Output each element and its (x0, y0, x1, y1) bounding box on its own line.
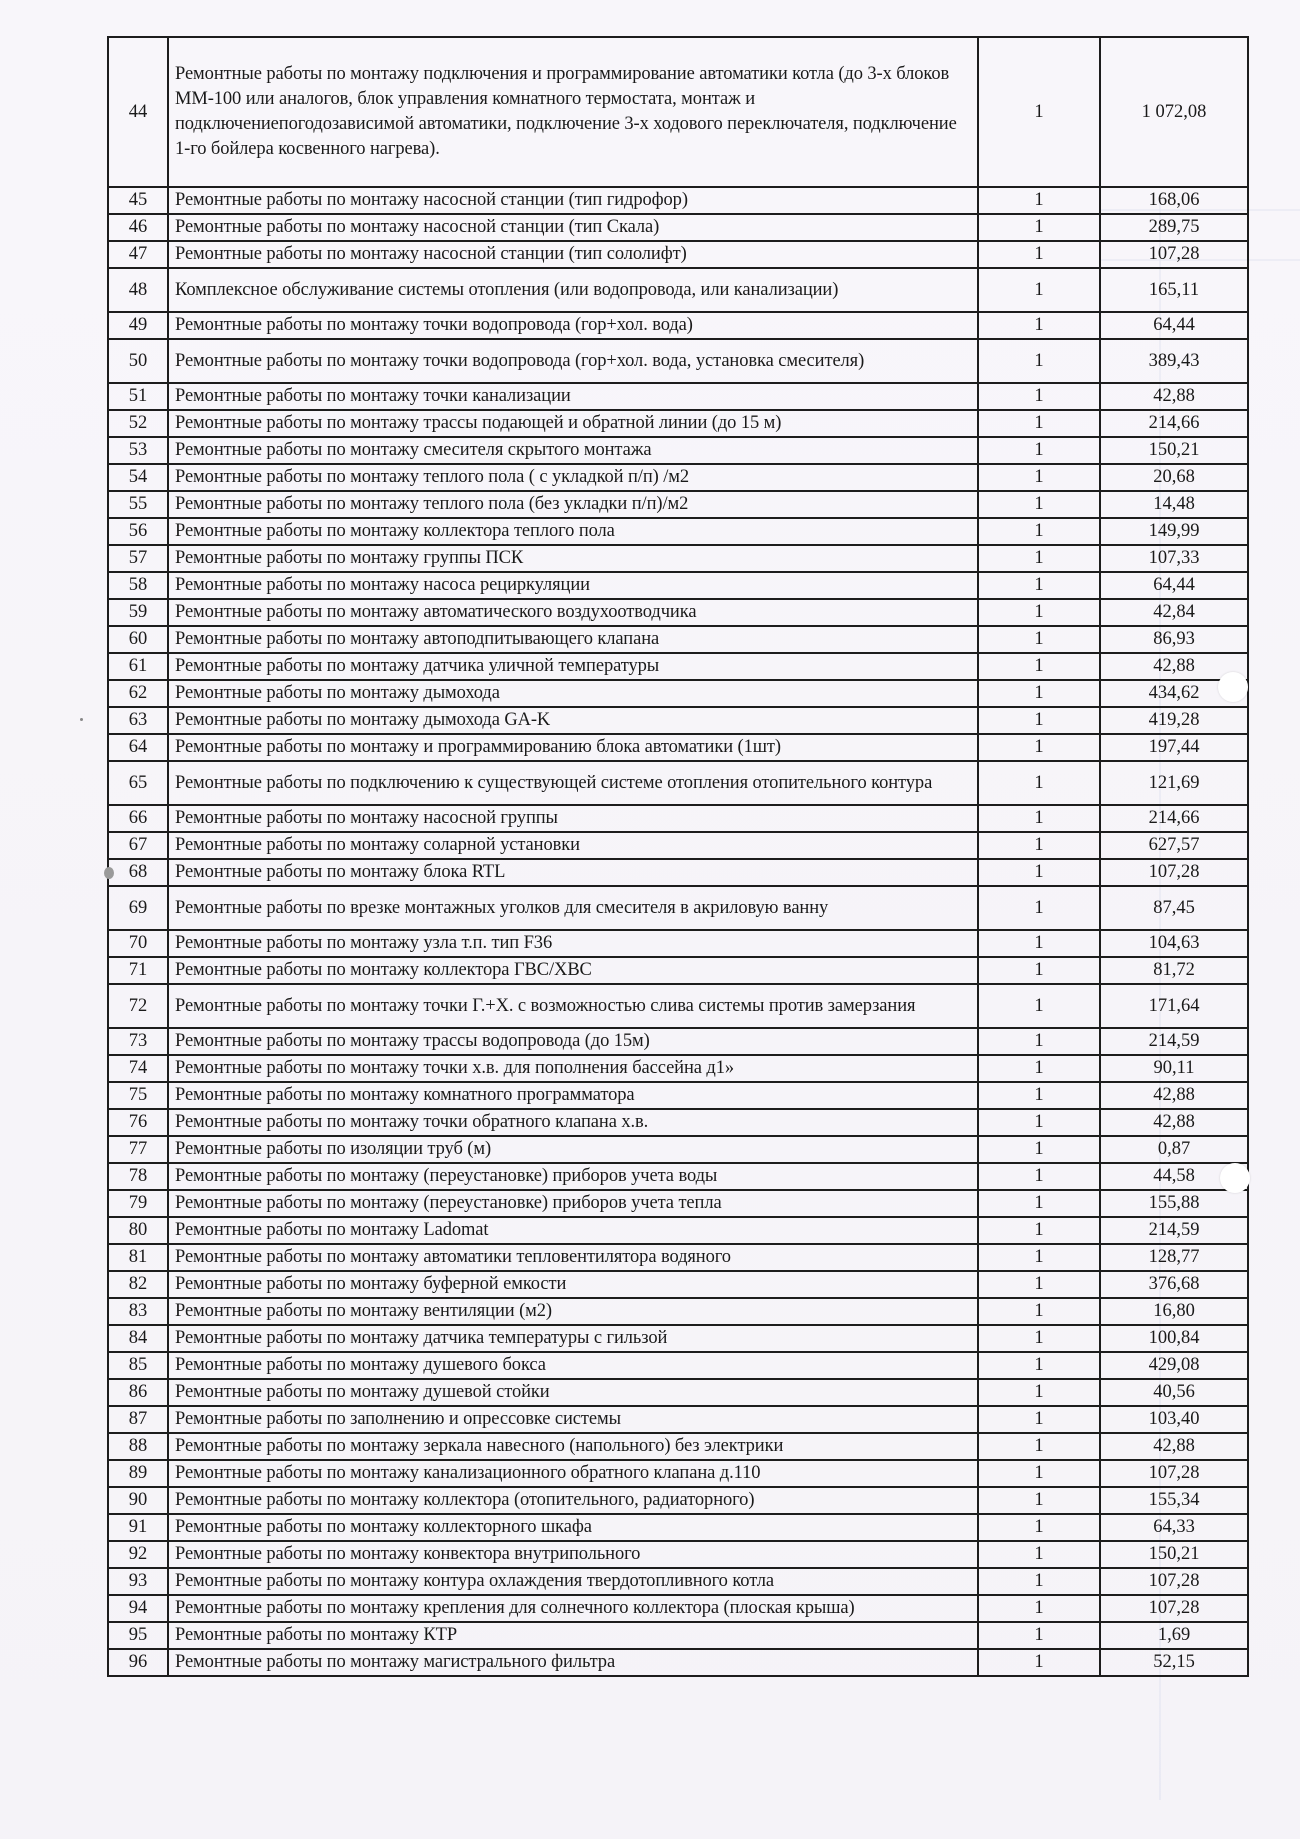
row-number: 73 (108, 1028, 168, 1055)
table-row: 65Ремонтные работы по подключению к суще… (108, 761, 1248, 805)
row-number: 66 (108, 805, 168, 832)
table-row: 54Ремонтные работы по монтажу теплого по… (108, 464, 1248, 491)
row-number: 69 (108, 886, 168, 930)
table-row: 49Ремонтные работы по монтажу точки водо… (108, 312, 1248, 339)
row-number: 89 (108, 1460, 168, 1487)
quantity: 1 (978, 1406, 1100, 1433)
row-number: 91 (108, 1514, 168, 1541)
row-number: 56 (108, 518, 168, 545)
quantity: 1 (978, 410, 1100, 437)
work-description: Ремонтные работы по монтажу датчика темп… (168, 1325, 978, 1352)
quantity: 1 (978, 464, 1100, 491)
price-value: 16,80 (1100, 1298, 1248, 1325)
work-description: Ремонтные работы по монтажу насосной гру… (168, 805, 978, 832)
row-number: 88 (108, 1433, 168, 1460)
quantity: 1 (978, 1271, 1100, 1298)
work-description: Ремонтные работы по монтажу насоса рецир… (168, 572, 978, 599)
work-description: Комплексное обслуживание системы отоплен… (168, 268, 978, 312)
table-row: 89Ремонтные работы по монтажу канализаци… (108, 1460, 1248, 1487)
quantity: 1 (978, 187, 1100, 214)
table-row: 79Ремонтные работы по монтажу (переустан… (108, 1190, 1248, 1217)
table-row: 53Ремонтные работы по монтажу смесителя … (108, 437, 1248, 464)
price-value: 627,57 (1100, 832, 1248, 859)
quantity: 1 (978, 1541, 1100, 1568)
work-description: Ремонтные работы по монтажу смесителя ск… (168, 437, 978, 464)
work-description: Ремонтные работы по монтажу душевого бок… (168, 1352, 978, 1379)
quantity: 1 (978, 518, 1100, 545)
price-table: 44Ремонтные работы по монтажу подключени… (107, 36, 1249, 1677)
quantity: 1 (978, 339, 1100, 383)
price-value: 107,28 (1100, 241, 1248, 268)
row-number: 68 (108, 859, 168, 886)
price-value: 64,33 (1100, 1514, 1248, 1541)
price-value: 168,06 (1100, 187, 1248, 214)
table-row: 86Ремонтные работы по монтажу душевой ст… (108, 1379, 1248, 1406)
work-description: Ремонтные работы по монтажу узла т.п. ти… (168, 930, 978, 957)
table-row: 46Ремонтные работы по монтажу насосной с… (108, 214, 1248, 241)
table-row: 78Ремонтные работы по монтажу (переустан… (108, 1163, 1248, 1190)
work-description: Ремонтные работы по монтажу группы ПСК (168, 545, 978, 572)
work-description: Ремонтные работы по монтажу Ladomat (168, 1217, 978, 1244)
table-row: 48Комплексное обслуживание системы отопл… (108, 268, 1248, 312)
table-row: 76Ремонтные работы по монтажу точки обра… (108, 1109, 1248, 1136)
row-number: 48 (108, 268, 168, 312)
quantity: 1 (978, 734, 1100, 761)
price-value: 121,69 (1100, 761, 1248, 805)
row-number: 86 (108, 1379, 168, 1406)
quantity: 1 (978, 214, 1100, 241)
work-description: Ремонтные работы по монтажу дымохода (168, 680, 978, 707)
row-number: 61 (108, 653, 168, 680)
price-value: 42,84 (1100, 599, 1248, 626)
quantity: 1 (978, 545, 1100, 572)
work-description: Ремонтные работы по монтажу насосной ста… (168, 214, 978, 241)
table-row: 87Ремонтные работы по заполнению и опрес… (108, 1406, 1248, 1433)
work-description: Ремонтные работы по монтажу насосной ста… (168, 241, 978, 268)
work-description: Ремонтные работы по монтажу точки х.в. д… (168, 1055, 978, 1082)
table-row: 71Ремонтные работы по монтажу коллектора… (108, 957, 1248, 984)
work-description: Ремонтные работы по врезке монтажных уго… (168, 886, 978, 930)
quantity: 1 (978, 491, 1100, 518)
work-description: Ремонтные работы по монтажу и программир… (168, 734, 978, 761)
work-description: Ремонтные работы по монтажу крепления дл… (168, 1595, 978, 1622)
row-number: 93 (108, 1568, 168, 1595)
price-value: 1,69 (1100, 1622, 1248, 1649)
table-row: 74Ремонтные работы по монтажу точки х.в.… (108, 1055, 1248, 1082)
row-number: 49 (108, 312, 168, 339)
quantity: 1 (978, 680, 1100, 707)
table-row: 96Ремонтные работы по монтажу магистраль… (108, 1649, 1248, 1676)
price-table-body: 44Ремонтные работы по монтажу подключени… (108, 37, 1248, 1676)
row-number: 85 (108, 1352, 168, 1379)
quantity: 1 (978, 859, 1100, 886)
price-value: 42,88 (1100, 1082, 1248, 1109)
row-number: 94 (108, 1595, 168, 1622)
row-number: 58 (108, 572, 168, 599)
quantity: 1 (978, 1136, 1100, 1163)
row-number: 57 (108, 545, 168, 572)
quantity: 1 (978, 599, 1100, 626)
quantity: 1 (978, 1622, 1100, 1649)
row-number: 44 (108, 37, 168, 187)
quantity: 1 (978, 1568, 1100, 1595)
row-number: 60 (108, 626, 168, 653)
price-value: 165,11 (1100, 268, 1248, 312)
work-description: Ремонтные работы по монтажу теплого пола… (168, 464, 978, 491)
price-value: 64,44 (1100, 312, 1248, 339)
quantity: 1 (978, 241, 1100, 268)
work-description: Ремонтные работы по монтажу трассы водоп… (168, 1028, 978, 1055)
quantity: 1 (978, 383, 1100, 410)
work-description: Ремонтные работы по монтажу точки канали… (168, 383, 978, 410)
quantity: 1 (978, 984, 1100, 1028)
work-description: Ремонтные работы по монтажу автоматики т… (168, 1244, 978, 1271)
table-row: 75Ремонтные работы по монтажу комнатного… (108, 1082, 1248, 1109)
price-value: 214,59 (1100, 1028, 1248, 1055)
row-number: 78 (108, 1163, 168, 1190)
quantity: 1 (978, 1082, 1100, 1109)
row-number: 76 (108, 1109, 168, 1136)
row-number: 62 (108, 680, 168, 707)
row-number: 74 (108, 1055, 168, 1082)
price-value: 214,59 (1100, 1217, 1248, 1244)
row-number: 83 (108, 1298, 168, 1325)
table-row: 77Ремонтные работы по изоляции труб (м)1… (108, 1136, 1248, 1163)
table-row: 95Ремонтные работы по монтажу КТР11,69 (108, 1622, 1248, 1649)
price-value: 150,21 (1100, 437, 1248, 464)
price-value: 107,28 (1100, 1568, 1248, 1595)
work-description: Ремонтные работы по монтажу блока RTL (168, 859, 978, 886)
quantity: 1 (978, 1244, 1100, 1271)
table-row: 58Ремонтные работы по монтажу насоса рец… (108, 572, 1248, 599)
quantity: 1 (978, 1595, 1100, 1622)
price-value: 214,66 (1100, 410, 1248, 437)
work-description: Ремонтные работы по монтажу комнатного п… (168, 1082, 978, 1109)
quantity: 1 (978, 1649, 1100, 1676)
scan-speck (80, 718, 83, 721)
row-number: 72 (108, 984, 168, 1028)
work-description: Ремонтные работы по монтажу насосной ста… (168, 187, 978, 214)
price-value: 42,88 (1100, 1433, 1248, 1460)
table-row: 92Ремонтные работы по монтажу конвектора… (108, 1541, 1248, 1568)
table-row: 57Ремонтные работы по монтажу группы ПСК… (108, 545, 1248, 572)
row-number: 75 (108, 1082, 168, 1109)
quantity: 1 (978, 653, 1100, 680)
table-row: 47Ремонтные работы по монтажу насосной с… (108, 241, 1248, 268)
price-value: 42,88 (1100, 1109, 1248, 1136)
quantity: 1 (978, 707, 1100, 734)
table-row: 82Ремонтные работы по монтажу буферной е… (108, 1271, 1248, 1298)
table-row: 60Ремонтные работы по монтажу автоподпит… (108, 626, 1248, 653)
price-value: 155,88 (1100, 1190, 1248, 1217)
work-description: Ремонтные работы по монтажу канализацион… (168, 1460, 978, 1487)
table-row: 62Ремонтные работы по монтажу дымохода14… (108, 680, 1248, 707)
quantity: 1 (978, 268, 1100, 312)
scan-speck (104, 867, 114, 879)
table-row: 83Ремонтные работы по монтажу вентиляции… (108, 1298, 1248, 1325)
quantity: 1 (978, 437, 1100, 464)
row-number: 81 (108, 1244, 168, 1271)
price-value: 87,45 (1100, 886, 1248, 930)
row-number: 95 (108, 1622, 168, 1649)
table-row: 67Ремонтные работы по монтажу соларной у… (108, 832, 1248, 859)
table-row: 68Ремонтные работы по монтажу блока RTL1… (108, 859, 1248, 886)
price-value: 214,66 (1100, 805, 1248, 832)
work-description: Ремонтные работы по монтажу подключения … (168, 37, 978, 187)
table-row: 61Ремонтные работы по монтажу датчика ул… (108, 653, 1248, 680)
work-description: Ремонтные работы по монтажу точки водопр… (168, 312, 978, 339)
table-row: 85Ремонтные работы по монтажу душевого б… (108, 1352, 1248, 1379)
price-value: 429,08 (1100, 1352, 1248, 1379)
table-row: 50Ремонтные работы по монтажу точки водо… (108, 339, 1248, 383)
quantity: 1 (978, 1433, 1100, 1460)
row-number: 47 (108, 241, 168, 268)
table-row: 55Ремонтные работы по монтажу теплого по… (108, 491, 1248, 518)
row-number: 63 (108, 707, 168, 734)
row-number: 65 (108, 761, 168, 805)
work-description: Ремонтные работы по монтажу (переустанов… (168, 1163, 978, 1190)
price-value: 52,15 (1100, 1649, 1248, 1676)
price-value: 171,64 (1100, 984, 1248, 1028)
price-value: 40,56 (1100, 1379, 1248, 1406)
row-number: 54 (108, 464, 168, 491)
price-value: 64,44 (1100, 572, 1248, 599)
row-number: 52 (108, 410, 168, 437)
row-number: 53 (108, 437, 168, 464)
quantity: 1 (978, 1352, 1100, 1379)
price-value: 107,28 (1100, 1595, 1248, 1622)
price-value: 389,43 (1100, 339, 1248, 383)
table-row: 44Ремонтные работы по монтажу подключени… (108, 37, 1248, 187)
row-number: 55 (108, 491, 168, 518)
work-description: Ремонтные работы по монтажу коллекторног… (168, 1514, 978, 1541)
punch-hole (1218, 672, 1248, 702)
work-description: Ремонтные работы по монтажу дымохода GA-… (168, 707, 978, 734)
table-row: 81Ремонтные работы по монтажу автоматики… (108, 1244, 1248, 1271)
row-number: 64 (108, 734, 168, 761)
row-number: 87 (108, 1406, 168, 1433)
quantity: 1 (978, 1109, 1100, 1136)
table-row: 69Ремонтные работы по врезке монтажных у… (108, 886, 1248, 930)
table-row: 94Ремонтные работы по монтажу крепления … (108, 1595, 1248, 1622)
price-value: 376,68 (1100, 1271, 1248, 1298)
row-number: 51 (108, 383, 168, 410)
quantity: 1 (978, 805, 1100, 832)
quantity: 1 (978, 1487, 1100, 1514)
work-description: Ремонтные работы по монтажу КТР (168, 1622, 978, 1649)
price-value: 107,33 (1100, 545, 1248, 572)
price-value: 0,87 (1100, 1136, 1248, 1163)
table-row: 90Ремонтные работы по монтажу коллектора… (108, 1487, 1248, 1514)
table-row: 56Ремонтные работы по монтажу коллектора… (108, 518, 1248, 545)
work-description: Ремонтные работы по монтажу контура охла… (168, 1568, 978, 1595)
quantity: 1 (978, 1055, 1100, 1082)
table-row: 88Ремонтные работы по монтажу зеркала на… (108, 1433, 1248, 1460)
price-value: 103,40 (1100, 1406, 1248, 1433)
row-number: 71 (108, 957, 168, 984)
price-value: 150,21 (1100, 1541, 1248, 1568)
work-description: Ремонтные работы по монтажу автоматическ… (168, 599, 978, 626)
work-description: Ремонтные работы по монтажу (переустанов… (168, 1190, 978, 1217)
work-description: Ремонтные работы по заполнению и опрессо… (168, 1406, 978, 1433)
work-description: Ремонтные работы по монтажу автоподпитыв… (168, 626, 978, 653)
work-description: Ремонтные работы по монтажу точки водопр… (168, 339, 978, 383)
row-number: 50 (108, 339, 168, 383)
work-description: Ремонтные работы по подключению к сущест… (168, 761, 978, 805)
price-value: 149,99 (1100, 518, 1248, 545)
row-number: 77 (108, 1136, 168, 1163)
scanned-page: 44Ремонтные работы по монтажу подключени… (0, 0, 1300, 1839)
work-description: Ремонтные работы по монтажу теплого пола… (168, 491, 978, 518)
quantity: 1 (978, 832, 1100, 859)
row-number: 67 (108, 832, 168, 859)
table-row: 91Ремонтные работы по монтажу коллекторн… (108, 1514, 1248, 1541)
price-value: 128,77 (1100, 1244, 1248, 1271)
price-value: 42,88 (1100, 383, 1248, 410)
quantity: 1 (978, 886, 1100, 930)
price-value: 197,44 (1100, 734, 1248, 761)
row-number: 46 (108, 214, 168, 241)
row-number: 96 (108, 1649, 168, 1676)
work-description: Ремонтные работы по монтажу коллектора (… (168, 1487, 978, 1514)
row-number: 90 (108, 1487, 168, 1514)
work-description: Ремонтные работы по монтажу буферной емк… (168, 1271, 978, 1298)
table-row: 72Ремонтные работы по монтажу точки Г.+Х… (108, 984, 1248, 1028)
quantity: 1 (978, 1028, 1100, 1055)
punch-hole (1220, 1163, 1250, 1193)
quantity: 1 (978, 957, 1100, 984)
table-row: 84Ремонтные работы по монтажу датчика те… (108, 1325, 1248, 1352)
work-description: Ремонтные работы по монтажу точки обратн… (168, 1109, 978, 1136)
table-row: 59Ремонтные работы по монтажу автоматиче… (108, 599, 1248, 626)
quantity: 1 (978, 1379, 1100, 1406)
price-value: 1 072,08 (1100, 37, 1248, 187)
price-value: 14,48 (1100, 491, 1248, 518)
table-row: 73Ремонтные работы по монтажу трассы вод… (108, 1028, 1248, 1055)
row-number: 70 (108, 930, 168, 957)
price-value: 86,93 (1100, 626, 1248, 653)
row-number: 80 (108, 1217, 168, 1244)
work-description: Ремонтные работы по монтажу точки Г.+Х. … (168, 984, 978, 1028)
row-number: 59 (108, 599, 168, 626)
price-value: 107,28 (1100, 859, 1248, 886)
work-description: Ремонтные работы по монтажу душевой стой… (168, 1379, 978, 1406)
table-row: 63Ремонтные работы по монтажу дымохода G… (108, 707, 1248, 734)
work-description: Ремонтные работы по монтажу зеркала наве… (168, 1433, 978, 1460)
price-value: 155,34 (1100, 1487, 1248, 1514)
price-value: 419,28 (1100, 707, 1248, 734)
price-value: 81,72 (1100, 957, 1248, 984)
quantity: 1 (978, 761, 1100, 805)
table-row: 80Ремонтные работы по монтажу Ladomat121… (108, 1217, 1248, 1244)
quantity: 1 (978, 1298, 1100, 1325)
table-row: 52Ремонтные работы по монтажу трассы под… (108, 410, 1248, 437)
price-value: 20,68 (1100, 464, 1248, 491)
quantity: 1 (978, 572, 1100, 599)
price-value: 90,11 (1100, 1055, 1248, 1082)
work-description: Ремонтные работы по монтажу магистрально… (168, 1649, 978, 1676)
row-number: 79 (108, 1190, 168, 1217)
price-value: 289,75 (1100, 214, 1248, 241)
quantity: 1 (978, 930, 1100, 957)
quantity: 1 (978, 1325, 1100, 1352)
quantity: 1 (978, 312, 1100, 339)
quantity: 1 (978, 1163, 1100, 1190)
work-description: Ремонтные работы по монтажу трассы подаю… (168, 410, 978, 437)
work-description: Ремонтные работы по монтажу коллектора т… (168, 518, 978, 545)
table-row: 93Ремонтные работы по монтажу контура ох… (108, 1568, 1248, 1595)
row-number: 92 (108, 1541, 168, 1568)
work-description: Ремонтные работы по монтажу датчика улич… (168, 653, 978, 680)
quantity: 1 (978, 37, 1100, 187)
price-value: 104,63 (1100, 930, 1248, 957)
row-number: 82 (108, 1271, 168, 1298)
price-value: 107,28 (1100, 1460, 1248, 1487)
quantity: 1 (978, 1514, 1100, 1541)
row-number: 84 (108, 1325, 168, 1352)
table-row: 70Ремонтные работы по монтажу узла т.п. … (108, 930, 1248, 957)
row-number: 45 (108, 187, 168, 214)
table-row: 51Ремонтные работы по монтажу точки кана… (108, 383, 1248, 410)
price-value: 100,84 (1100, 1325, 1248, 1352)
work-description: Ремонтные работы по монтажу соларной уст… (168, 832, 978, 859)
work-description: Ремонтные работы по изоляции труб (м) (168, 1136, 978, 1163)
work-description: Ремонтные работы по монтажу конвектора в… (168, 1541, 978, 1568)
quantity: 1 (978, 1460, 1100, 1487)
work-description: Ремонтные работы по монтажу коллектора Г… (168, 957, 978, 984)
quantity: 1 (978, 626, 1100, 653)
quantity: 1 (978, 1217, 1100, 1244)
table-row: 66Ремонтные работы по монтажу насосной г… (108, 805, 1248, 832)
work-description: Ремонтные работы по монтажу вентиляции (… (168, 1298, 978, 1325)
table-row: 64Ремонтные работы по монтажу и программ… (108, 734, 1248, 761)
table-row: 45Ремонтные работы по монтажу насосной с… (108, 187, 1248, 214)
quantity: 1 (978, 1190, 1100, 1217)
